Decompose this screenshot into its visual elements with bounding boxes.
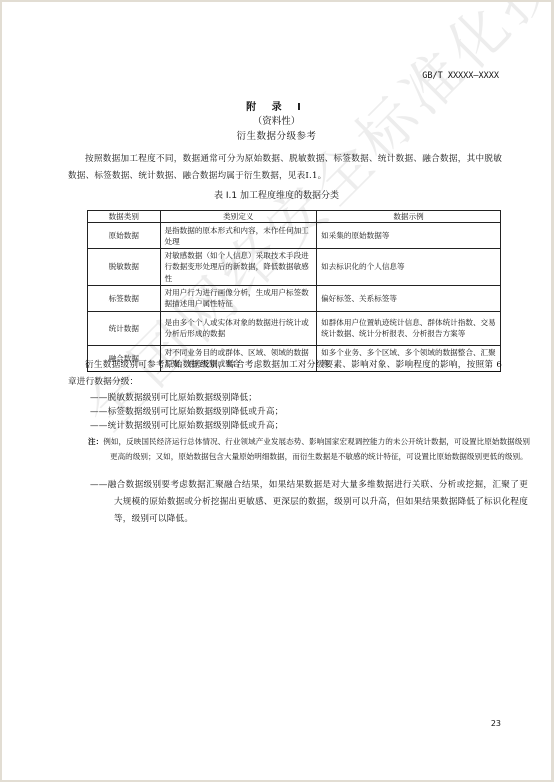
- list-item-fusion: ——融合数据级别要考虑数据汇聚融合结果，如果结果数据是对大量多维数据进行关联、分…: [90, 477, 528, 528]
- cell-definition: 是指数据的原本形式和内容，未作任何加工处理: [160, 223, 317, 249]
- header-definition: 类别定义: [160, 211, 317, 223]
- cell-example: 如群体用户位置轨迹统计信息、群体统计指数、交易统计数据、统计分析报表、分析报告方…: [317, 311, 501, 345]
- cell-example: 偏好标签、关系标签等: [317, 285, 501, 311]
- table-row: 统计数据 是由多个个人或实体对象的数据进行统计或分析后形成的数据 如群体用户位置…: [88, 311, 501, 345]
- intro-paragraph: 按照数据加工程度不同，数据通常可分为原始数据、脱敏数据、标签数据、统计数据、融合…: [68, 151, 502, 185]
- table-caption: 表 I.1 加工程度维度的数据分类: [2, 188, 551, 201]
- data-classification-table: 数据类别 类别定义 数据示例 原始数据 是指数据的原本形式和内容，未作任何加工处…: [87, 210, 501, 372]
- cell-category: 统计数据: [88, 311, 161, 345]
- cell-definition: 对敏感数据（如个人信息）采取技术手段进行数据变形处理后的新数据，降低数据敏感性: [160, 249, 317, 286]
- cell-example: 如采集的原始数据等: [317, 223, 501, 249]
- cell-category: 标签数据: [88, 285, 161, 311]
- standard-code: GB/T XXXXX—XXXX: [422, 71, 499, 81]
- cell-definition: 是由多个个人或实体对象的数据进行统计或分析后形成的数据: [160, 311, 317, 345]
- annex-nature: （资料性）: [2, 113, 551, 127]
- grading-paragraph: 衍生数据级别可参考原始数据级别，综合考虑数据加工对分级要素、影响对象、影响程度的…: [68, 357, 502, 391]
- note-label: 注：: [88, 437, 103, 446]
- cell-category: 原始数据: [88, 223, 161, 249]
- table-header-row: 数据类别 类别定义 数据示例: [88, 211, 501, 223]
- header-example: 数据示例: [317, 211, 501, 223]
- annex-name: 衍生数据分级参考: [2, 128, 551, 142]
- page-number: 23: [491, 719, 501, 728]
- note: 注：例如，反映国民经济运行总体情况、行业领域产业发展态势、影响国家宏观调控能力的…: [88, 434, 530, 464]
- document-page: 全国网络安全标准化技术委员会 GB/T XXXXX—XXXX 附 录 I （资料…: [2, 2, 551, 780]
- annex-title: 附 录 I: [2, 98, 551, 113]
- header-category: 数据类别: [88, 211, 161, 223]
- table-row: 原始数据 是指数据的原本形式和内容，未作任何加工处理 如采集的原始数据等: [88, 223, 501, 249]
- note-text: 例如，反映国民经济运行总体情况、行业领域产业发展态势、影响国家宏观调控能力的未公…: [103, 437, 530, 461]
- table-row: 脱敏数据 对敏感数据（如个人信息）采取技术手段进行数据变形处理后的新数据，降低数…: [88, 249, 501, 286]
- cell-example: 如去标识化的个人信息等: [317, 249, 501, 286]
- table-row: 标签数据 对用户行为进行画像分析，生成用户标签数据描述用户属性特征 偏好标签、关…: [88, 285, 501, 311]
- list-item-desensitized: ——脱敏数据级别可比原始数据级别降低；: [90, 391, 510, 405]
- cell-definition: 对用户行为进行画像分析，生成用户标签数据描述用户属性特征: [160, 285, 317, 311]
- list-item-label: ——标签数据级别可比原始数据级别降低或升高；: [90, 405, 510, 419]
- cell-category: 脱敏数据: [88, 249, 161, 286]
- list-item-statistical: ——统计数据级别可比原始数据级别降低或升高；: [90, 419, 510, 433]
